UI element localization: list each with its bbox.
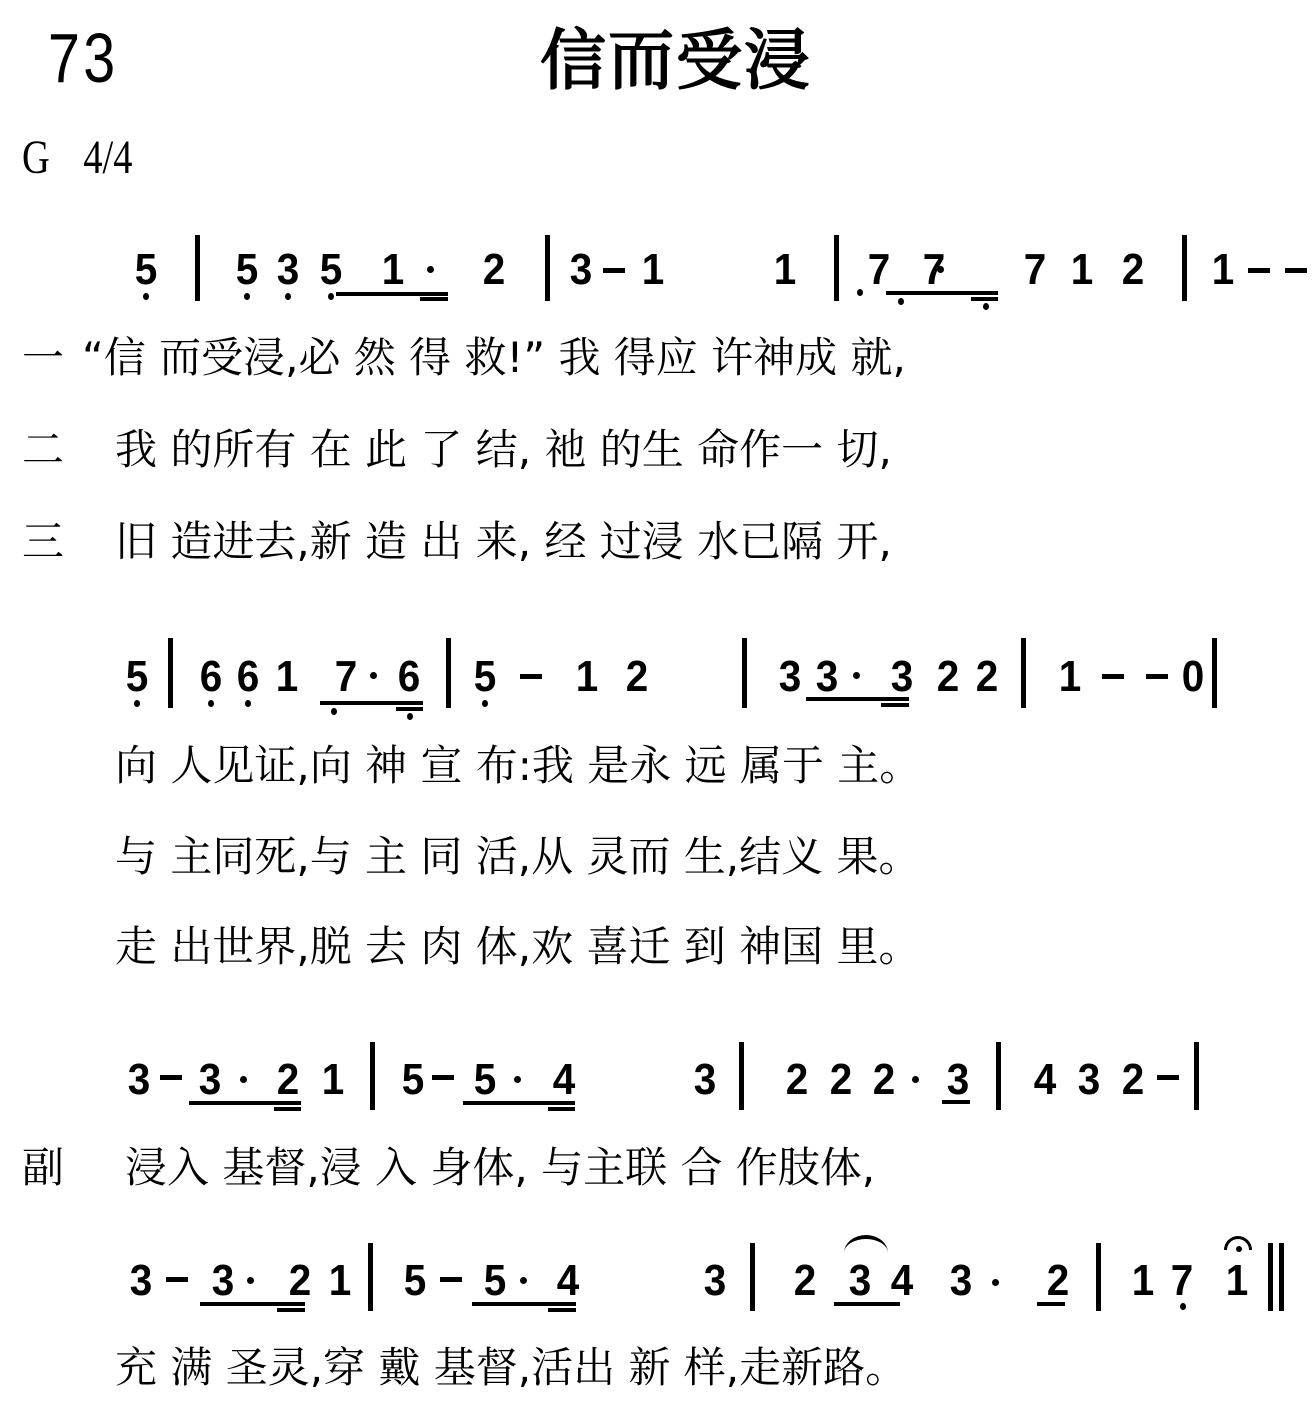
low-octave-dot [983, 303, 989, 310]
note: 5 [471, 1055, 499, 1105]
barline [742, 638, 747, 708]
augmentation-dot [937, 266, 944, 273]
note: 2 [286, 1256, 314, 1306]
augmentation-dot [520, 1277, 527, 1284]
eighth-underline [189, 1101, 301, 1105]
barline [1096, 1243, 1101, 1311]
note: 3 [567, 245, 595, 295]
low-octave-dot [331, 708, 337, 715]
extension-dash [1248, 268, 1270, 273]
sixteenth-underline [420, 297, 448, 301]
note: 3 [1075, 1055, 1103, 1105]
note: 1 [273, 652, 301, 702]
barline [168, 638, 173, 708]
note: 5 [317, 245, 345, 295]
note: 1 [573, 652, 601, 702]
note: 1 [1209, 245, 1237, 295]
note: 1 [1056, 652, 1084, 702]
note: 1 [1068, 245, 1096, 295]
eighth-underline [942, 1100, 970, 1104]
extension-dash [520, 674, 542, 679]
note: 2 [934, 652, 962, 702]
note: 1 [639, 245, 667, 295]
note: 2 [1119, 1055, 1147, 1105]
note: 2 [791, 1256, 819, 1306]
low-octave-dot [245, 700, 251, 707]
note: 1 [379, 245, 407, 295]
barline [996, 1042, 1001, 1110]
note: 6 [197, 652, 225, 702]
note: 1 [771, 245, 799, 295]
note: 3 [701, 1256, 729, 1306]
note: 2 [1044, 1256, 1072, 1306]
low-octave-dot [208, 700, 214, 707]
sixteenth-underline [277, 1308, 305, 1312]
note: 5 [233, 245, 261, 295]
note: 7 [1168, 1256, 1196, 1306]
extension-dash [432, 1075, 454, 1080]
note: 4 [1031, 1055, 1059, 1105]
eighth-underline [1037, 1302, 1065, 1306]
lyric-line: 我 的所有 在 此 了 结, 祂 的生 命作一 切, [115, 425, 892, 475]
note: 3 [127, 1256, 155, 1306]
note: 0 [1179, 652, 1207, 702]
barline [834, 235, 839, 301]
augmentation-dot [514, 1076, 521, 1083]
note: 5 [399, 1055, 427, 1105]
sixteenth-underline [274, 1107, 301, 1111]
extension-dash [160, 1075, 182, 1080]
note: 2 [783, 1055, 811, 1105]
note: 7 [1021, 245, 1049, 295]
extension-dash [166, 1277, 188, 1282]
note: 2 [973, 652, 1001, 702]
barline [1021, 638, 1026, 708]
sixteenth-underline [396, 707, 423, 711]
low-octave-dot [407, 713, 413, 720]
eighth-underline [834, 1302, 900, 1306]
low-octave-dot [328, 293, 334, 300]
sixteenth-underline [881, 703, 909, 707]
sixteenth-underline [971, 297, 998, 301]
barline [1182, 235, 1187, 301]
barline [1194, 1042, 1199, 1110]
eighth-underline [320, 701, 423, 705]
augmentation-dot [992, 1279, 999, 1286]
final-barline-thin [1268, 1243, 1273, 1311]
note: 6 [395, 652, 423, 702]
note: 2 [1119, 245, 1147, 295]
verse-number: 一 [22, 333, 64, 383]
augmentation-dot [370, 672, 377, 679]
lyric-line: 与 主同死,与 主 同 活,从 灵而 生,结义 果。 [115, 832, 921, 882]
augmentation-dot [853, 672, 860, 679]
note: 4 [888, 1256, 916, 1306]
lyric-line: 旧 造进去,新 造 出 来, 经 过浸 水已隔 开, [115, 517, 892, 567]
barline [195, 235, 200, 301]
note: 2 [480, 245, 508, 295]
note: 3 [274, 245, 302, 295]
eighth-underline [463, 1101, 575, 1105]
note: 2 [274, 1055, 302, 1105]
barline [750, 1243, 755, 1311]
barline [1212, 638, 1217, 708]
verse-number: 二 [22, 425, 64, 475]
barline [368, 1243, 373, 1311]
note: 7 [865, 245, 893, 295]
verse-number: 三 [22, 517, 64, 567]
extension-dash [1102, 674, 1124, 679]
note: 3 [691, 1055, 719, 1105]
note: 3 [125, 1055, 153, 1105]
augmentation-dot [247, 1277, 254, 1284]
augmentation-dot [912, 1076, 919, 1083]
low-octave-dot [898, 298, 904, 305]
note: 4 [554, 1256, 582, 1306]
eighth-underline [806, 697, 909, 701]
extension-dash [1285, 268, 1307, 273]
note: 3 [209, 1256, 237, 1306]
note: 3 [947, 1256, 975, 1306]
low-octave-dot [285, 293, 291, 300]
low-octave-dot [134, 700, 140, 707]
lyric-line: “信 而受浸,必 然 得 救!” 我 得应 许神成 就, [82, 333, 906, 383]
note: 3 [776, 652, 804, 702]
note: 5 [481, 1256, 509, 1306]
chorus-label: 副 [22, 1143, 64, 1193]
augmentation-dot [240, 1076, 247, 1083]
note: 1 [1223, 1256, 1251, 1306]
extension-dash [1157, 1075, 1179, 1080]
low-octave-dot [244, 293, 250, 300]
fermata-dot [1236, 1246, 1242, 1252]
lyric-line: 充 满 圣灵,穿 戴 基督,活出 新 样,走新路。 [115, 1343, 907, 1393]
note: 5 [471, 652, 499, 702]
barline [446, 638, 451, 708]
slur [844, 1235, 888, 1253]
low-octave-dot [857, 289, 863, 296]
barline [739, 1042, 744, 1110]
final-barline-thick [1279, 1243, 1284, 1311]
barline [545, 235, 550, 301]
key-time-signature: G 4/4 [22, 130, 132, 186]
extension-dash [1146, 674, 1168, 679]
note: 2 [870, 1055, 898, 1105]
sixteenth-underline [548, 1107, 575, 1111]
hymn-title: 信而受浸 [540, 20, 812, 100]
note: 6 [234, 652, 262, 702]
eighth-underline [472, 1302, 576, 1306]
low-octave-dot [1180, 1303, 1186, 1310]
eighth-underline [336, 292, 448, 296]
lyric-line: 走 出世界,脱 去 肉 体,欢 喜迁 到 神国 里。 [115, 922, 921, 972]
note: 4 [550, 1055, 578, 1105]
note: 2 [623, 652, 651, 702]
note: 3 [813, 652, 841, 702]
note: 5 [123, 652, 151, 702]
note: 5 [132, 245, 160, 295]
note: 1 [326, 1256, 354, 1306]
augmentation-dot [427, 266, 434, 273]
key-signature: G [22, 131, 50, 184]
time-signature: 4/4 [83, 131, 132, 184]
note: 7 [332, 652, 360, 702]
note: 3 [888, 652, 916, 702]
lyric-line: 浸入 基督,浸 入 身体, 与主联 合 作肢体, [125, 1143, 875, 1193]
barline [370, 1042, 375, 1110]
low-octave-dot [482, 700, 488, 707]
lyric-line: 向 人见证,向 神 宣 布:我 是永 远 属于 主。 [115, 741, 921, 791]
note: 3 [196, 1055, 224, 1105]
sixteenth-underline [548, 1308, 576, 1312]
extension-dash [440, 1277, 462, 1282]
eighth-underline [200, 1302, 305, 1306]
hymn-number: 73 [48, 18, 118, 98]
eighth-underline [886, 291, 998, 295]
note: 2 [827, 1055, 855, 1105]
extension-dash [603, 268, 625, 273]
note: 5 [401, 1256, 429, 1306]
note: 3 [944, 1055, 972, 1105]
low-octave-dot [143, 293, 149, 300]
note: 1 [1129, 1256, 1157, 1306]
note: 3 [846, 1256, 874, 1306]
note: 1 [319, 1055, 347, 1105]
